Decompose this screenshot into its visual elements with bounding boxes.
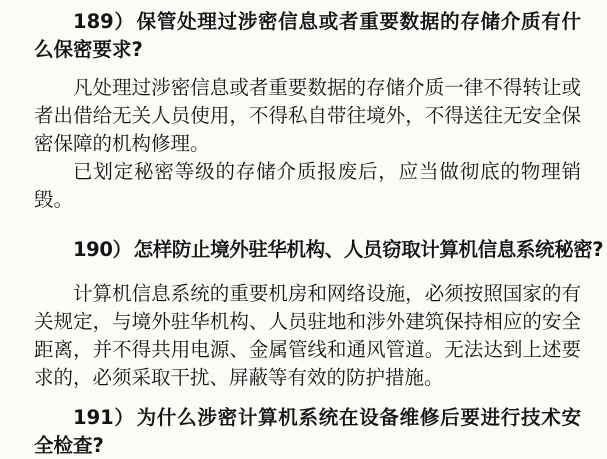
question-text-190: 怎样防止境外驻华机构、人员窃取计算机信息系统秘密?	[134, 238, 604, 261]
answer-190-paragraph-1: 计算机信息系统的重要机房和网络设施，必须按照国家的有关规定，与境外驻华机构、人员…	[34, 280, 581, 392]
question-190: 190）怎样防止境外驻华机构、人员窃取计算机信息系统秘密?	[34, 236, 581, 264]
qa-item-189: 189）保管处理过涉密信息或者重要数据的存储介质有什么保密要求? 凡处理过涉密信…	[34, 8, 581, 214]
question-189: 189）保管处理过涉密信息或者重要数据的存储介质有什么保密要求?	[34, 8, 581, 64]
answer-group-189: 凡处理过涉密信息或者重要数据的存储介质一律不得转让或者出借给无关人员使用，不得私…	[34, 74, 581, 214]
qa-item-190: 190）怎样防止境外驻华机构、人员窃取计算机信息系统秘密? 计算机信息系统的重要…	[34, 236, 581, 392]
answer-189-paragraph-2: 已划定秘密等级的存储介质报废后，应当做彻底的物理销毁。	[34, 158, 581, 214]
question-191: 191）为什么涉密计算机系统在设备维修后要进行技术安全检查?	[34, 404, 581, 459]
question-number-189: 189）	[73, 10, 135, 33]
answer-189-paragraph-1: 凡处理过涉密信息或者重要数据的存储介质一律不得转让或者出借给无关人员使用，不得私…	[34, 74, 581, 158]
scanned-document-page: 189）保管处理过涉密信息或者重要数据的存储介质有什么保密要求? 凡处理过涉密信…	[0, 0, 607, 459]
answer-group-190: 计算机信息系统的重要机房和网络设施，必须按照国家的有关规定，与境外驻华机构、人员…	[34, 280, 581, 392]
question-number-190: 190）	[73, 238, 132, 261]
qa-item-191: 191）为什么涉密计算机系统在设备维修后要进行技术安全检查?	[34, 404, 581, 459]
question-number-191: 191）	[73, 406, 135, 429]
